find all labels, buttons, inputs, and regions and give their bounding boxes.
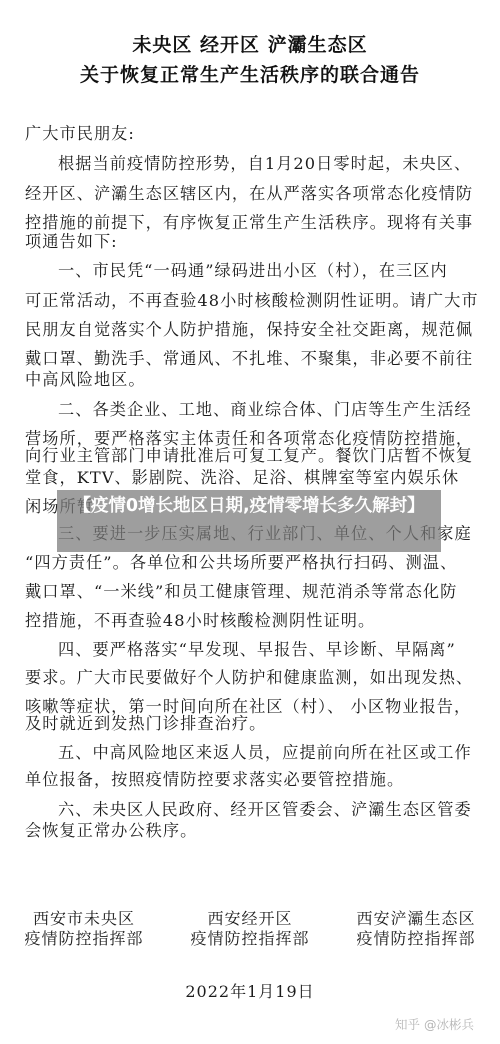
body-line: 可正常活动，不再查验48小时核酸检测阴性证明。请广大市 [25, 291, 477, 311]
body-line: 五、中高风险地区来返人员，应提前向所在社区或工作 [58, 743, 478, 763]
body-line: 根据当前疫情防控形势，自1月20日零时起，未央区、 [58, 154, 478, 174]
body-line: 控措施，不再查验48小时核酸检测阴性证明。 [25, 611, 477, 631]
signature-jingkai: 西安经开区 疫情防控指挥部 [180, 909, 320, 949]
caption-overlay-text: 【疫情0增长地区日期,疫情零增长多久解封】 [57, 493, 441, 520]
zhihu-watermark: 知乎 @冰彬兵 [395, 1015, 474, 1033]
body-line: 控措施的前提下，有序恢复正常生产生活秩序。现将有关事 [25, 213, 477, 233]
document-title-line1: 未央区 经开区 浐灞生态区 [0, 30, 500, 57]
body-line: 四、要严格落实“早发现、早报告、早诊断、早隔离” [58, 640, 478, 660]
document-date: 2022年1月19日 [0, 979, 500, 1002]
body-line: “四方责任”。各单位和公共场所要严格执行扫码、测温、 [25, 553, 477, 573]
signature-line2: 疫情防控指挥部 [346, 929, 486, 949]
signature-line1: 西安市未央区 [14, 909, 154, 929]
signature-weiyang: 西安市未央区 疫情防控指挥部 [14, 909, 154, 949]
signature-chanba: 西安浐灞生态区 疫情防控指挥部 [346, 909, 486, 949]
signature-line2: 疫情防控指挥部 [180, 929, 320, 949]
body-line: 二、各类企业、工地、商业综合体、门店等生产生活经 [58, 400, 478, 420]
body-line: 六、未央区人民政府、经开区管委会、浐灞生态区管委 [58, 800, 478, 820]
body-line: 戴口罩、“一米线”和员工健康管理、规范消杀等常态化防 [25, 582, 477, 602]
body-line: 民朋友自觉落实个人防护措施，保持安全社交距离，规范佩 [25, 320, 477, 340]
body-line: 项通告如下: [25, 232, 477, 252]
signature-line2: 疫情防控指挥部 [14, 929, 154, 949]
body-line: 经开区、浐灞生态区辖区内，在从严落实各项常态化疫情防 [25, 184, 477, 204]
body-line: 会恢复正常办公秩序。 [25, 821, 477, 841]
salutation: 广大市民朋友: [25, 124, 477, 144]
body-line: 戴口罩、勤洗手、常通风、不扎堆、不聚集，非必要不前往 [25, 349, 477, 369]
body-line: 单位报备，按照疫情防控要求落实必要管控措施。 [25, 770, 477, 790]
body-line: 中高风险地区。 [25, 370, 477, 390]
body-line: 向行业主管部门申请批准后可复工复产。餐饮门店暂不恢复 [25, 446, 477, 466]
body-line: 堂食，KTV、影剧院、洗浴、足浴、棋牌室等室内娱乐休 [25, 468, 477, 488]
signature-line1: 西安经开区 [180, 909, 320, 929]
body-line: 一、市民凭“一码通”绿码进出小区（村），在三区内 [58, 261, 478, 281]
signature-line1: 西安浐灞生态区 [346, 909, 486, 929]
document-title-line2: 关于恢复正常生产生活秩序的联合通告 [0, 60, 500, 87]
body-line: 要求。广大市民要做好个人防护和健康监测，如出现发热、 [25, 668, 477, 688]
body-line: 及时就近到发热门诊排查治疗。 [25, 714, 477, 734]
